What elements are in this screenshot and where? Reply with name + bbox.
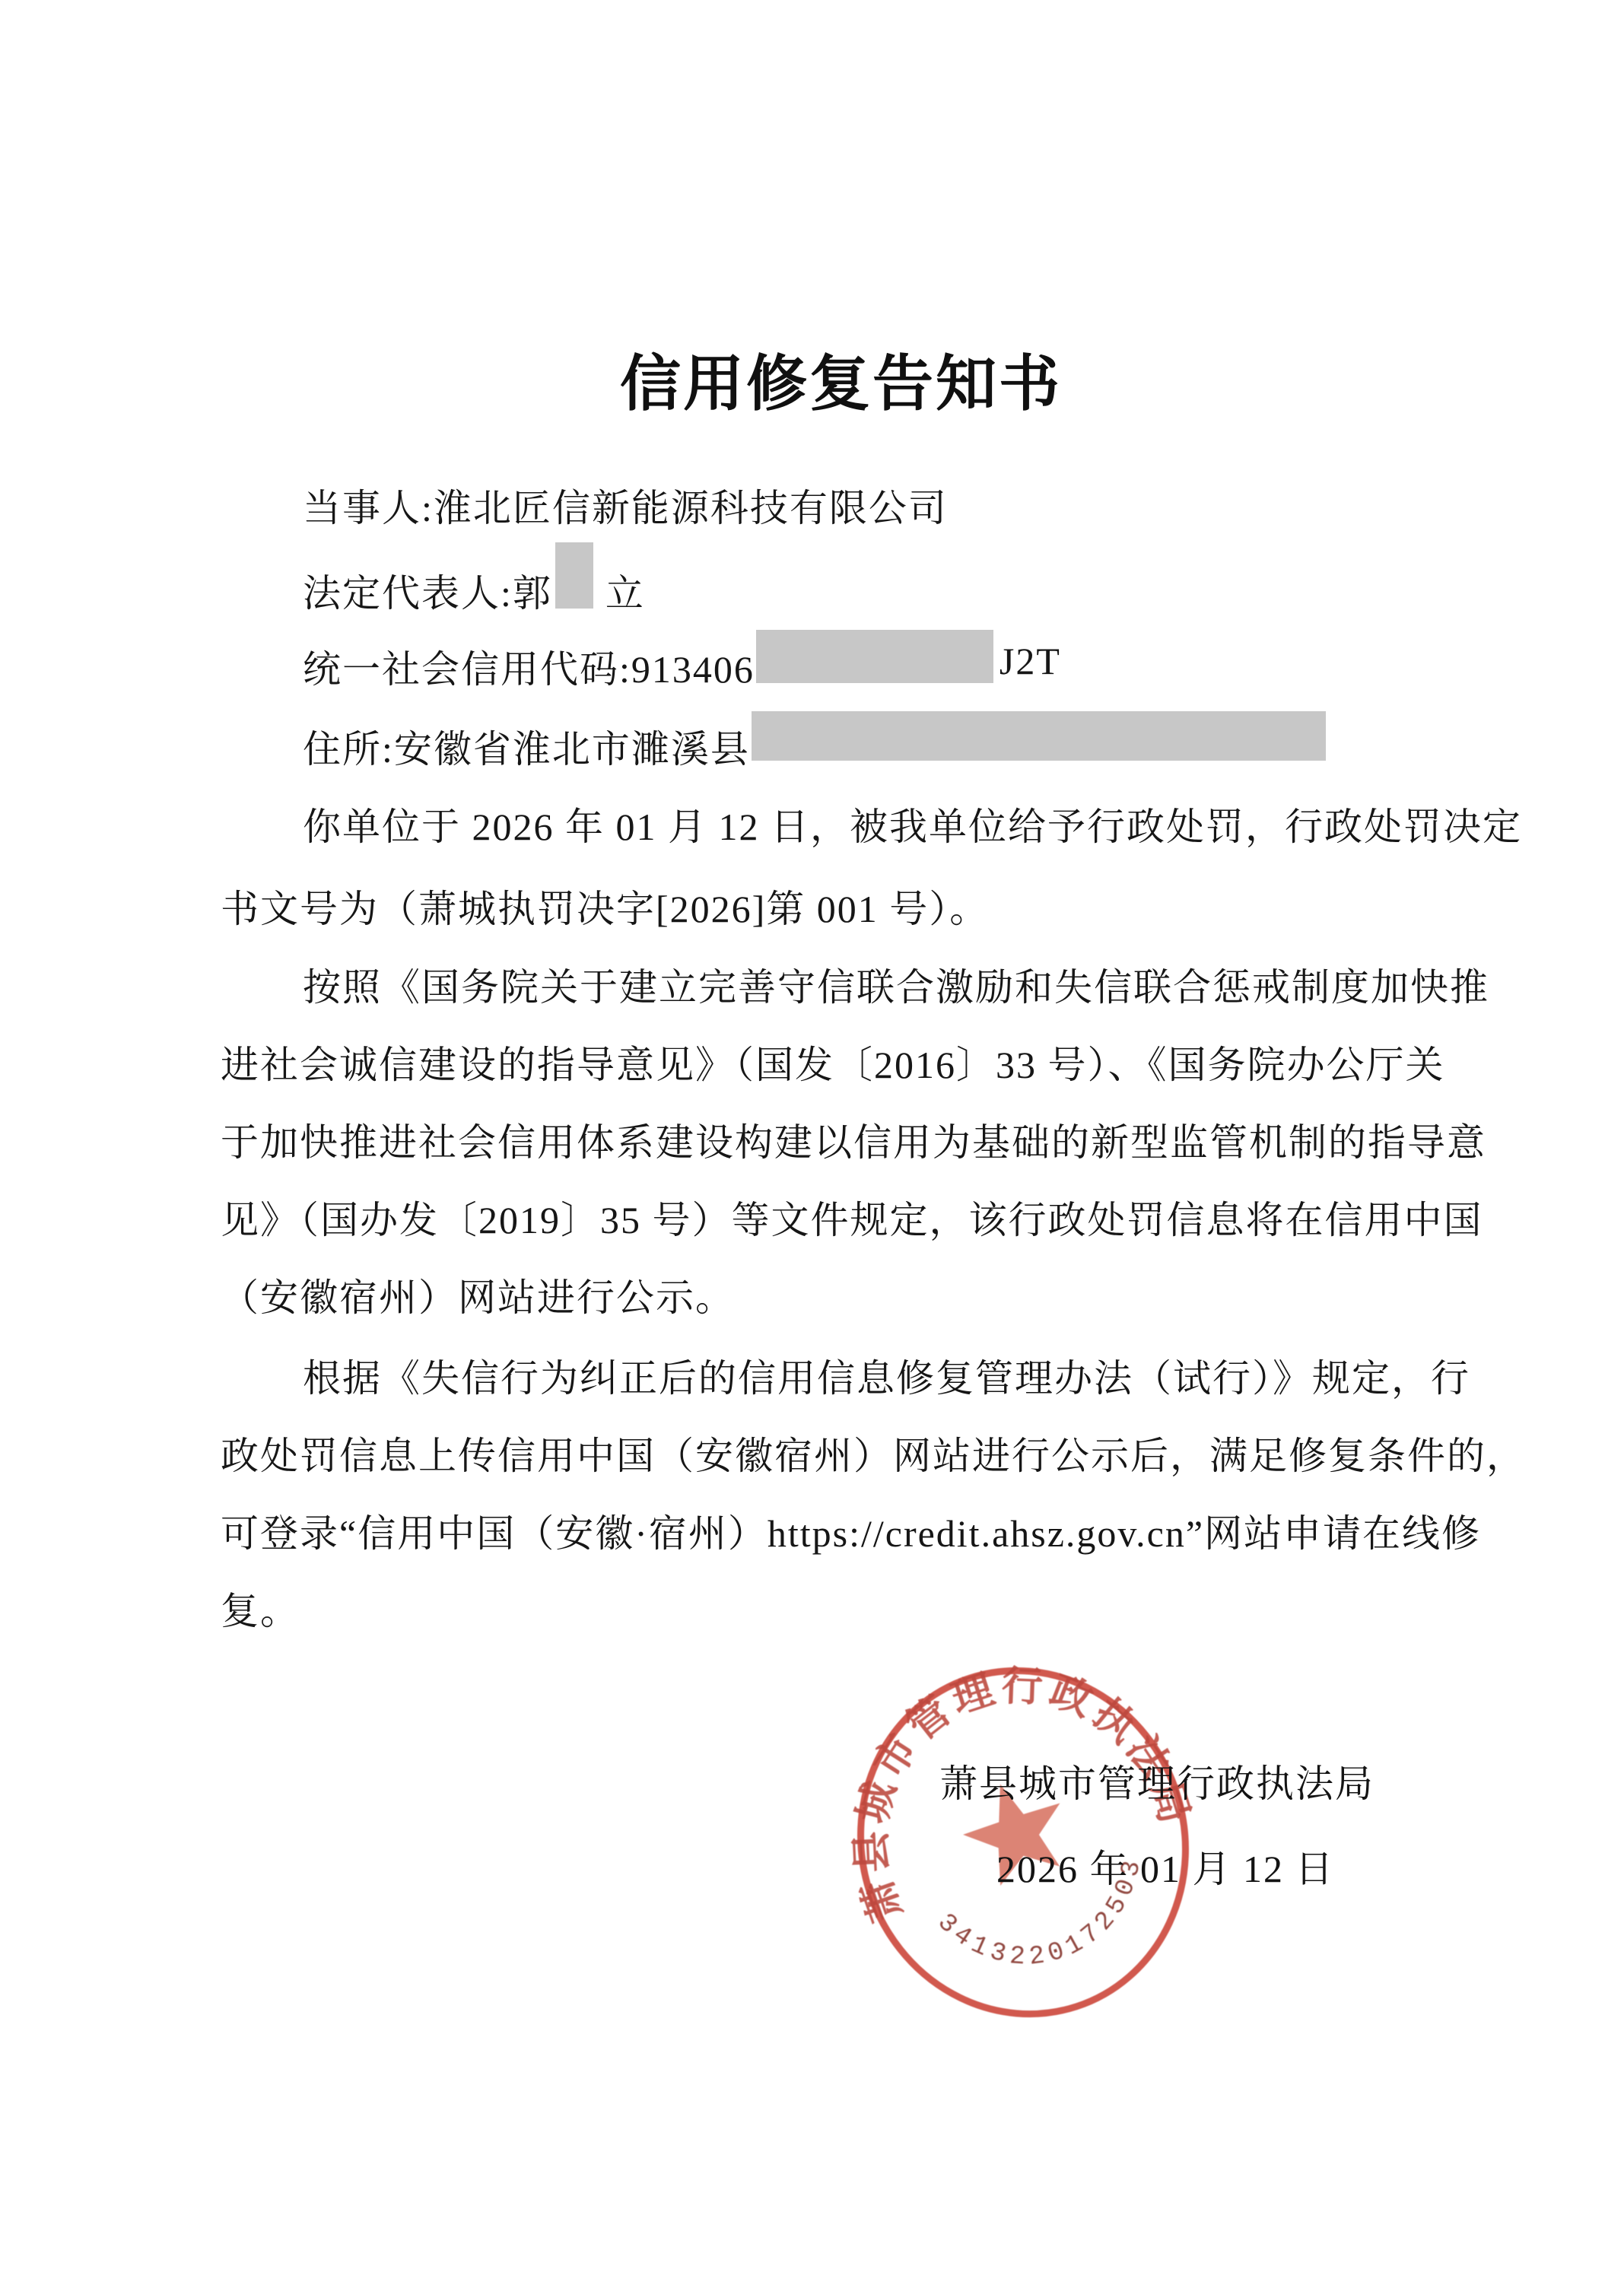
field-party: 当事人:淮北匠信新能源科技有限公司 [303, 478, 948, 532]
body-line: 按照《国务院关于建立完善守信联合激励和失信联合惩戒制度加快推 [303, 957, 1489, 1012]
redaction-box-name [555, 542, 593, 609]
field-address: 住所:安徽省淮北市濉溪县 [303, 719, 1326, 774]
body-line: 可登录“信用中国（安徽·宿州）https://credit.ahsz.gov.c… [221, 1503, 1481, 1558]
field-address-prefix: 住所:安徽省淮北市濉溪县 [303, 719, 750, 774]
body-line: 进社会诚信建设的指导意见》（国发〔2016〕33 号）、《国务院办公厅关 [221, 1035, 1445, 1089]
field-credit-code-prefix: 统一社会信用代码:913406 [303, 639, 755, 694]
document-page: 信用修复告知书 当事人:淮北匠信新能源科技有限公司 法定代表人:郭 立 统一社会… [0, 0, 1624, 2282]
field-legal-rep-suffix: 立 [605, 563, 645, 618]
field-credit-code-suffix: J2T [1000, 639, 1061, 683]
redaction-box-address [752, 711, 1326, 761]
body-line: （安徽宿州）网站进行公示。 [221, 1267, 735, 1322]
body-line: 于加快推进社会信用体系建设构建以信用为基础的新型监管机制的指导意 [221, 1112, 1486, 1167]
field-legal-representative: 法定代表人:郭 立 [303, 563, 645, 629]
issuer-name: 萧县城市管理行政执法局 [939, 1753, 1375, 1808]
field-credit-code: 统一社会信用代码:913406 J2T [303, 639, 1061, 694]
body-line: 见》（国办发〔2019〕35 号）等文件规定，该行政处罚信息将在信用中国 [221, 1190, 1483, 1244]
field-legal-rep-prefix: 法定代表人:郭 [303, 563, 552, 618]
issue-date: 2026 年 01 月 12 日 [996, 1839, 1335, 1893]
body-line: 政处罚信息上传信用中国（安徽宿州）网站进行公示后，满足修复条件的， [221, 1425, 1526, 1480]
body-line: 根据《失信行为纠正后的信用信息修复管理办法（试行）》规定，行 [303, 1348, 1470, 1403]
redaction-box-credit-code [756, 630, 993, 683]
body-line: 复。 [221, 1581, 300, 1635]
body-line: 书文号为（萧城执罚决字[2026]第 001 号）。 [221, 879, 989, 933]
field-party-text: 当事人:淮北匠信新能源科技有限公司 [303, 478, 948, 532]
body-line: 你单位于 2026 年 01 月 12 日，被我单位给予行政处罚，行政处罚决定 [303, 796, 1522, 851]
document-title: 信用修复告知书 [620, 335, 1062, 422]
